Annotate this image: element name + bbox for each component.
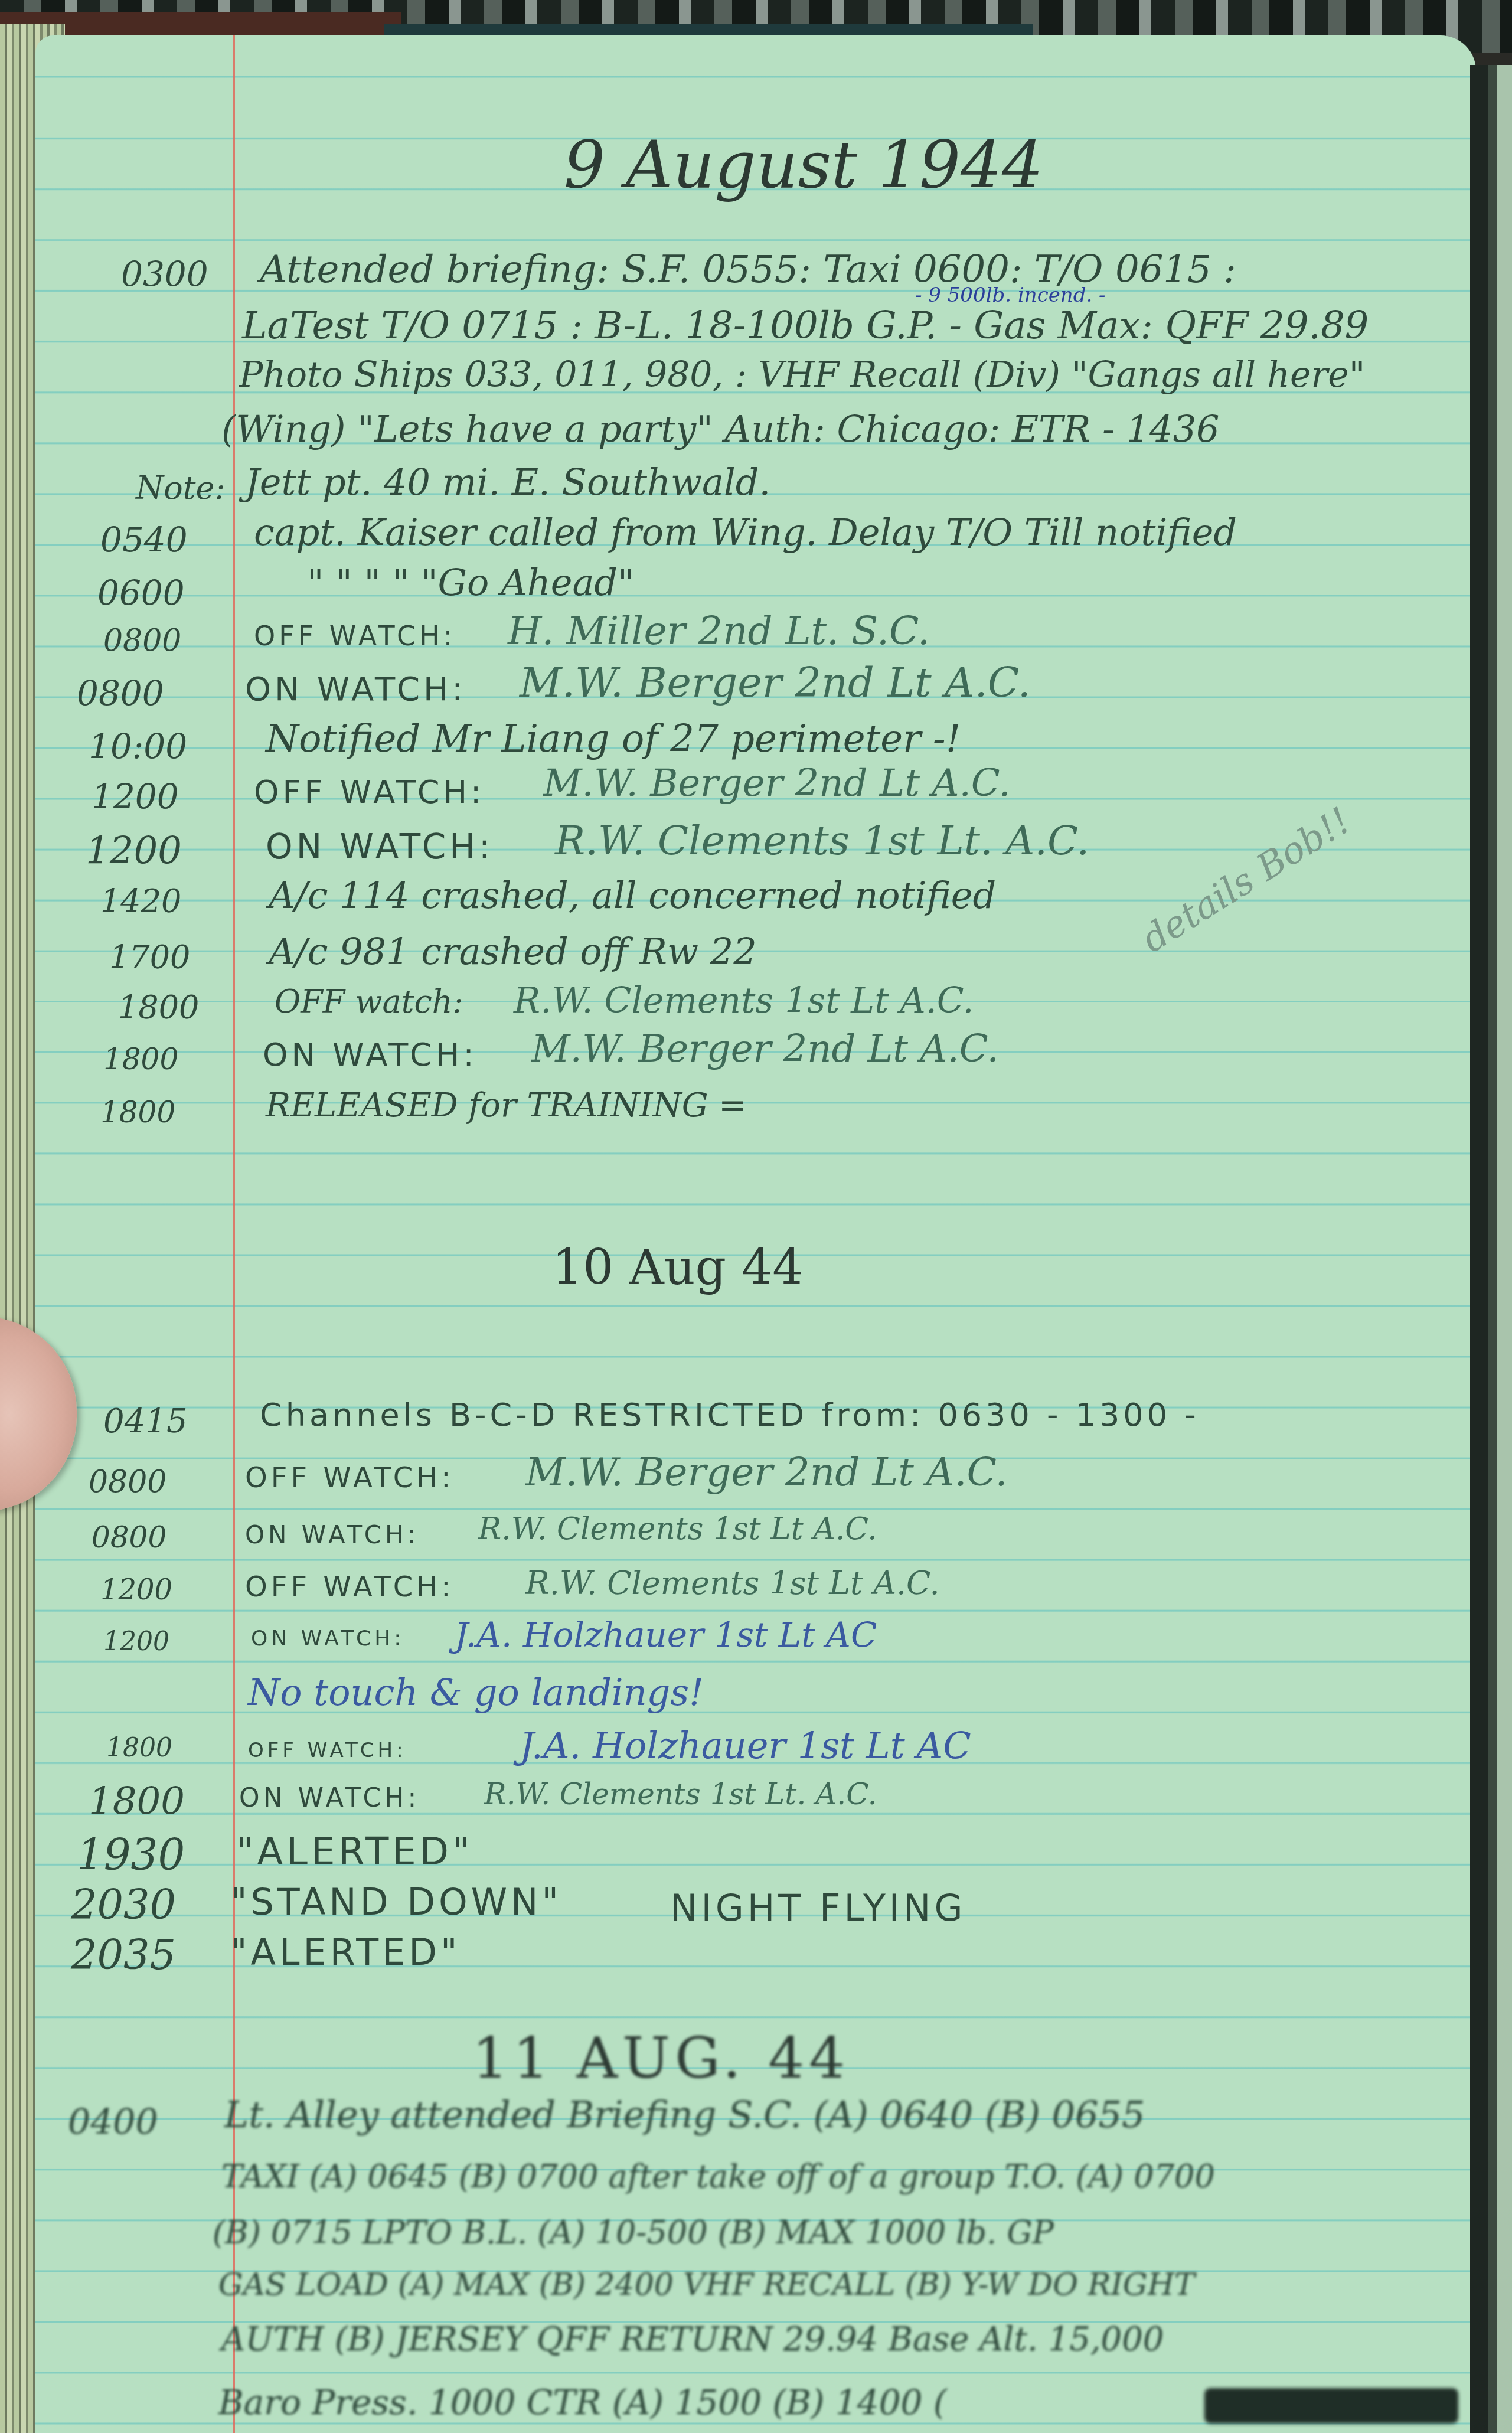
entry-text: (Wing) "Lets have a party" Auth: Chicago… bbox=[221, 407, 1220, 450]
entry-time: 0600 bbox=[97, 573, 185, 613]
entry-time: 10:00 bbox=[89, 726, 187, 766]
entry-time: 1800 bbox=[106, 1733, 172, 1763]
signature: R.W. Clements 1st Lt A.C. bbox=[525, 1565, 940, 1602]
entry-time: 1200 bbox=[92, 776, 179, 817]
signature: M.W. Berger 2nd Lt A.C. bbox=[543, 762, 1011, 805]
entry-time: 2030 bbox=[71, 1880, 176, 1929]
entry-text: GAS LOAD (A) MAX (B) 2400 VHF RECALL (B)… bbox=[218, 2267, 1195, 2303]
entry-text: Notified Mr Liang of 27 perimeter -! bbox=[266, 717, 961, 761]
entry-time: 2035 bbox=[71, 1931, 176, 1979]
watch-label: ON WATCH: bbox=[251, 1627, 404, 1651]
watch-label: ON WATCH: bbox=[263, 1036, 478, 1073]
entry-time: Note: bbox=[136, 469, 226, 507]
margin-line bbox=[233, 35, 235, 2433]
entry-text: RELEASED for TRAINING = bbox=[266, 1086, 746, 1125]
entry-text: Baro Press. 1000 CTR (A) 1500 (B) 1400 ( bbox=[218, 2382, 947, 2422]
entry-text: " " " " "Go Ahead" bbox=[307, 561, 635, 604]
entry-time: 1800 bbox=[103, 1042, 178, 1076]
signature: M.W. Berger 2nd Lt A.C. bbox=[531, 1027, 999, 1071]
entry-time: 0540 bbox=[100, 520, 188, 560]
entry-text: TAXI (A) 0645 (B) 0700 after take off of… bbox=[221, 2158, 1215, 2195]
entry-time: 1800 bbox=[100, 1095, 175, 1129]
entry-time: 0415 bbox=[103, 1402, 188, 1441]
entry-text: No touch & go landings! bbox=[248, 1671, 704, 1714]
watch-label: OFF watch: bbox=[275, 983, 463, 1020]
signature: M.W. Berger 2nd Lt A.C. bbox=[520, 658, 1031, 707]
entry-text: AUTH (B) JERSEY QFF RETURN 29.94 Base Al… bbox=[221, 2320, 1164, 2359]
entry-time: 1200 bbox=[103, 1627, 169, 1657]
entry-time: 1200 bbox=[100, 1573, 172, 1606]
watch-label: OFF WATCH: bbox=[245, 1461, 455, 1494]
day3-heading: 11 AUG. 44 bbox=[472, 2025, 850, 2091]
entry-text: LaTest T/O 0715 : B-L. 18-100lb G.P. - G… bbox=[242, 304, 1369, 348]
watch-label: ON WATCH: bbox=[239, 1783, 420, 1813]
entry-time: 0400 bbox=[68, 2102, 158, 2143]
signature: R.W. Clements 1st Lt A.C. bbox=[514, 980, 974, 1021]
entry-time: 0300 bbox=[121, 254, 208, 294]
entry-time: 0800 bbox=[92, 1520, 166, 1554]
page-gutter-shadow bbox=[1470, 65, 1512, 2433]
entry-time: 1700 bbox=[109, 939, 190, 976]
signature: R.W. Clements 1st Lt. A.C. bbox=[555, 818, 1089, 864]
entry-time: 0800 bbox=[77, 673, 164, 713]
entry-text: Channels B-C-D RESTRICTED from: 0630 - 1… bbox=[260, 1396, 1200, 1433]
signature: R.W. Clements 1st Lt. A.C. bbox=[484, 1777, 877, 1811]
watch-label: OFF WATCH: bbox=[254, 773, 485, 811]
redacted-mark bbox=[1204, 2388, 1458, 2424]
watch-label: OFF WATCH: bbox=[254, 620, 456, 652]
entry-text: "ALERTED" bbox=[236, 1830, 473, 1874]
entry-text: "STAND DOWN" bbox=[230, 1880, 562, 1923]
signature: R.W. Clements 1st Lt A.C. bbox=[478, 1511, 877, 1547]
entry-time: 1800 bbox=[118, 989, 199, 1026]
entry-text: capt. Kaiser called from Wing. Delay T/O… bbox=[254, 511, 1237, 554]
day2-heading: 10 Aug 44 bbox=[552, 1240, 803, 1296]
entry-time: 1200 bbox=[86, 829, 182, 873]
signature: M.W. Berger 2nd Lt A.C. bbox=[525, 1449, 1008, 1495]
entry-text: Lt. Alley attended Briefing S.C. (A) 064… bbox=[224, 2093, 1145, 2136]
entry-time: 1420 bbox=[100, 883, 181, 920]
signature: H. Miller 2nd Lt. S.C. bbox=[508, 608, 930, 654]
entry-text: A/c 114 crashed, all concerned notified bbox=[269, 874, 996, 917]
entry-text: Jett pt. 40 mi. E. Southwald. bbox=[245, 461, 770, 504]
signature: J.A. Holzhauer 1st Lt AC bbox=[520, 1724, 971, 1767]
watch-label: OFF WATCH: bbox=[248, 1739, 407, 1762]
watch-label: ON WATCH: bbox=[245, 670, 466, 708]
watch-label: ON WATCH: bbox=[245, 1520, 419, 1549]
entry-text: (B) 0715 LPTO B.L. (A) 10-500 (B) MAX 10… bbox=[213, 2214, 1054, 2251]
day1-heading: 9 August 1944 bbox=[564, 127, 1043, 203]
signature: J.A. Holzhauer 1st Lt AC bbox=[455, 1615, 877, 1655]
watch-label: ON WATCH: bbox=[266, 827, 494, 867]
entry-extra: NIGHT FLYING bbox=[670, 1886, 966, 1929]
entry-time: 1800 bbox=[89, 1780, 185, 1824]
entry-annotation: - 9 500lb. incend. - bbox=[915, 283, 1106, 307]
entry-time: 1930 bbox=[77, 1830, 185, 1880]
watch-label: OFF WATCH: bbox=[245, 1570, 455, 1604]
entry-time: 0800 bbox=[89, 1464, 166, 1500]
entry-text: "ALERTED" bbox=[230, 1931, 461, 1974]
entry-text: Photo Ships 033, 011, 980, : VHF Recall … bbox=[239, 354, 1365, 396]
entry-text: A/c 981 crashed off Rw 22 bbox=[269, 930, 757, 973]
entry-time: 0800 bbox=[103, 623, 181, 658]
